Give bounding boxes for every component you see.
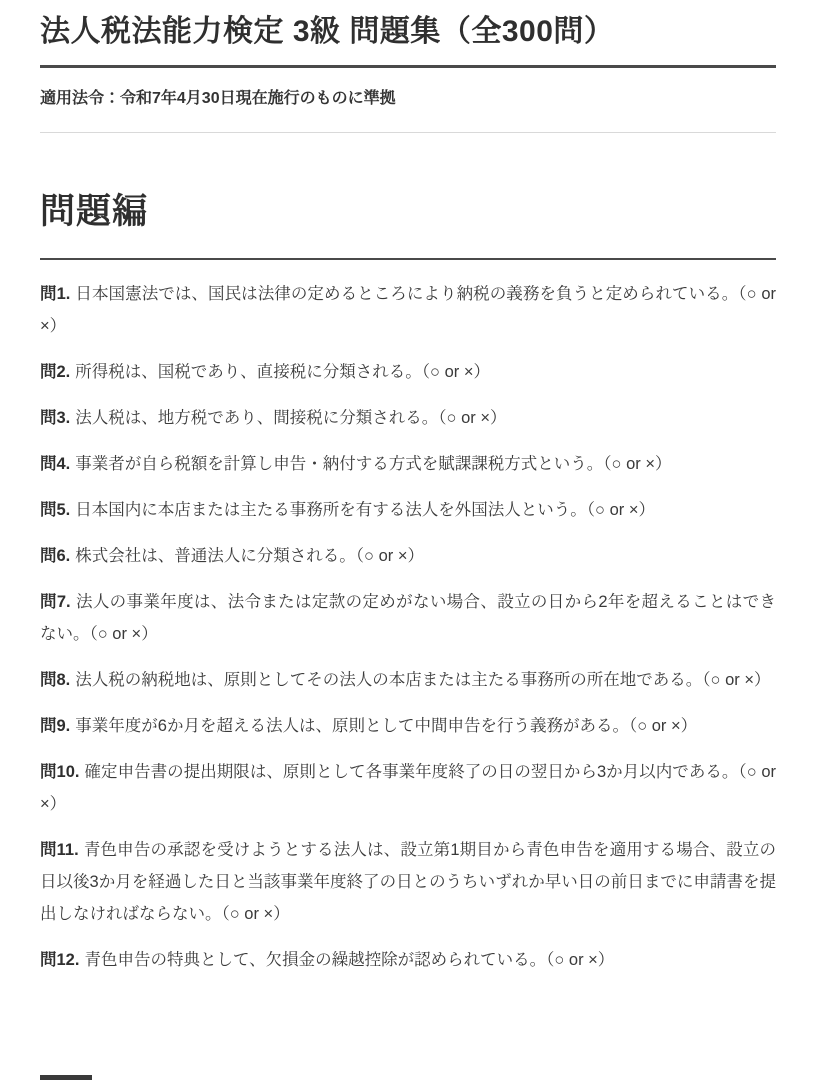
question-text: 青色申告の承認を受けようとする法人は、設立第1期目から青色申告を適用する場合、設… (40, 841, 776, 923)
section-heading-questions: 問題編 (40, 191, 776, 233)
question-number: 問7. (40, 593, 71, 611)
question-text: 法人税は、地方税であり、間接税に分類される。（○ or ×） (75, 409, 506, 427)
question-item: 問6.株式会社は、普通法人に分類される。（○ or ×） (40, 540, 776, 572)
question-text: 所得税は、国税であり、直接税に分類される。（○ or ×） (75, 363, 490, 381)
question-text: 事業者が自ら税額を計算し申告・納付する方式を賦課課税方式という。（○ or ×） (75, 455, 671, 473)
question-number: 問1. (40, 285, 70, 303)
question-item: 問12.青色申告の特典として、欠損金の繰越控除が認められている。（○ or ×） (40, 944, 776, 976)
question-text: 事業年度が6か月を超える法人は、原則として中間申告を行う義務がある。（○ or … (75, 717, 697, 735)
question-number: 問9. (40, 717, 70, 735)
question-item: 問5.日本国内に本店または主たる事務所を有する法人を外国法人という。（○ or … (40, 494, 776, 526)
question-item: 問10.確定申告書の提出期限は、原則として各事業年度終了の日の翌日から3か月以内… (40, 756, 776, 820)
question-text: 株式会社は、普通法人に分類される。（○ or ×） (75, 547, 424, 565)
question-number: 問3. (40, 409, 70, 427)
question-item: 問9.事業年度が6か月を超える法人は、原則として中間申告を行う義務がある。（○ … (40, 710, 776, 742)
question-item: 問3.法人税は、地方税であり、間接税に分類される。（○ or ×） (40, 402, 776, 434)
question-item: 問11.青色申告の承認を受けようとする法人は、設立第1期目から青色申告を適用する… (40, 834, 776, 930)
document-page: 法人税法能力検定 3級 問題集（全300問） 適用法令：令和7年4月30日現在施… (0, 0, 816, 1080)
question-number: 問6. (40, 547, 70, 565)
question-number: 問11. (40, 841, 79, 859)
question-text: 確定申告書の提出期限は、原則として各事業年度終了の日の翌日から3か月以内である。… (40, 763, 776, 813)
note-divider (40, 132, 776, 133)
question-number: 問12. (40, 951, 79, 969)
question-text: 日本国憲法では、国民は法律の定めるところにより納税の義務を負うと定められている。… (40, 285, 776, 335)
question-item: 問8.法人税の納税地は、原則としてその法人の本店または主たる事務所の所在地である… (40, 664, 776, 696)
question-item: 問4.事業者が自ら税額を計算し申告・納付する方式を賦課課税方式という。（○ or… (40, 448, 776, 480)
question-number: 問5. (40, 501, 70, 519)
question-text: 法人の事業年度は、法令または定款の定めがない場合、設立の日から2年を超えることは… (40, 593, 776, 643)
question-item: 問7.法人の事業年度は、法令または定款の定めがない場合、設立の日から2年を超える… (40, 586, 776, 650)
question-text: 青色申告の特典として、欠損金の繰越控除が認められている。（○ or ×） (84, 951, 614, 969)
question-number: 問4. (40, 455, 70, 473)
question-list: 問1.日本国憲法では、国民は法律の定めるところにより納税の義務を負うと定められて… (40, 278, 776, 976)
title-divider (40, 65, 776, 68)
question-item: 問2.所得税は、国税であり、直接税に分類される。（○ or ×） (40, 356, 776, 388)
section-divider (40, 258, 776, 260)
clipped-next-section-edge (40, 1075, 92, 1080)
question-number: 問2. (40, 363, 70, 381)
question-number: 問8. (40, 671, 70, 689)
applicable-law-note: 適用法令：令和7年4月30日現在施行のものに準拠 (40, 88, 776, 110)
question-item: 問1.日本国憲法では、国民は法律の定めるところにより納税の義務を負うと定められて… (40, 278, 776, 342)
question-number: 問10. (40, 763, 79, 781)
question-text: 日本国内に本店または主たる事務所を有する法人を外国法人という。（○ or ×） (75, 501, 655, 519)
page-title: 法人税法能力検定 3級 問題集（全300問） (40, 14, 776, 50)
question-text: 法人税の納税地は、原則としてその法人の本店または主たる事務所の所在地である。（○… (75, 671, 770, 689)
